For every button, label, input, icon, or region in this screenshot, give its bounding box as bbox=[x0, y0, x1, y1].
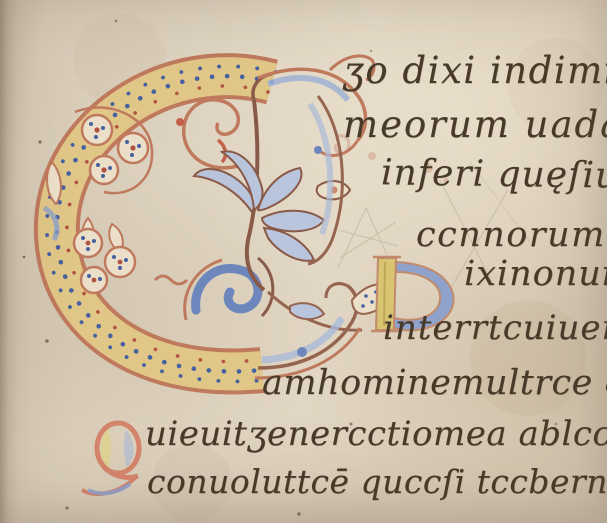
manuscript-text-line: ixinonuid bbox=[464, 257, 607, 292]
manuscript-text-line: ʒo dixi indimi bbox=[343, 52, 607, 89]
manuscript-text-line: interrtcuiuer bbox=[383, 311, 607, 345]
initial-q bbox=[82, 423, 139, 494]
manuscript-text-line: ccnnorum me bbox=[416, 218, 607, 253]
berry-cluster-lower bbox=[74, 218, 135, 293]
manuscript-page: ʒo dixi indimi meorum uadad inferi quęſi… bbox=[0, 0, 607, 523]
manuscript-text-line: amhominemultrce &h bbox=[262, 366, 607, 401]
manuscript-text-line: inferi quęſiui bbox=[381, 155, 607, 194]
illuminated-initial-e bbox=[44, 56, 390, 381]
manuscript-text-line: uieuitʒenercctiomea ablcc bbox=[145, 417, 607, 451]
manuscript-text-line: conuoluttcē quccſi tccberna bbox=[147, 465, 607, 498]
scroll-spiral-lower bbox=[155, 258, 273, 320]
manuscript-text-line: meorum uadad bbox=[343, 106, 607, 143]
